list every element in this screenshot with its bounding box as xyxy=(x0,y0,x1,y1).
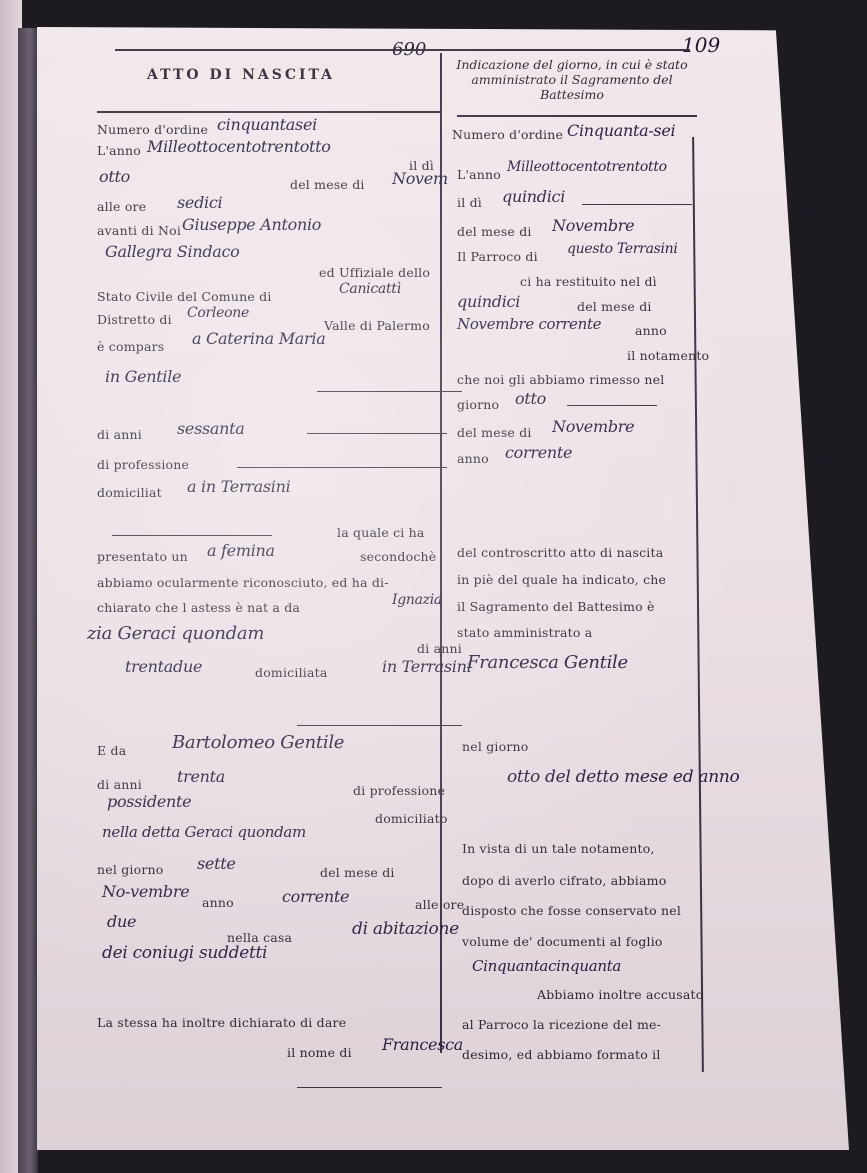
label-nel-giorno: nel giorno xyxy=(97,862,164,877)
header-top-rule xyxy=(115,49,690,51)
label-uffiziale: ed Uffiziale dello xyxy=(319,265,430,280)
label-anno: L'anno xyxy=(97,143,141,158)
header-right-bottom-rule xyxy=(457,115,697,117)
r-label-mese-3: del mese di xyxy=(457,425,532,440)
r-label-in-vista: In vista di un tale notamento, xyxy=(462,841,655,856)
r-label-sagramento: il Sagramento del Battesimo è xyxy=(457,599,655,614)
hand-padre: Bartolomeo Gentile xyxy=(172,732,344,753)
hand-mese-2: No-vembre xyxy=(102,882,189,901)
label-la-quale: la quale ci ha xyxy=(337,525,425,540)
r-label-mese: del mese di xyxy=(457,224,532,239)
r-label-restituito: ci ha restituito nel dì xyxy=(520,274,657,289)
r-label-nel-giorno: nel giorno xyxy=(462,739,529,754)
r-label-foglio: volume de' documenti al foglio xyxy=(462,934,663,949)
label-domiciliat-1: domiciliat xyxy=(97,485,162,500)
header-bottom-rule xyxy=(97,111,442,113)
hand-anno: Milleottocentotrentotto xyxy=(147,137,331,156)
hand-anni-2: trentadue xyxy=(125,657,202,676)
hand-numero-ordine: cinquantasei xyxy=(217,115,317,134)
hand-madre: a Caterina Maria xyxy=(192,329,325,348)
blank-line xyxy=(112,535,272,536)
blank-line xyxy=(582,204,692,205)
hand-padre-nome-2: zia Geraci quondam xyxy=(87,623,264,644)
hand-nel-giorno: sette xyxy=(197,854,236,873)
book-gutter xyxy=(18,28,38,1173)
blank-line xyxy=(307,433,447,434)
label-domiciliata: domiciliata xyxy=(255,665,328,680)
r-label-anno: L'anno xyxy=(457,167,501,182)
hand-anno-2: corrente xyxy=(282,887,349,906)
r-hand-giorno-2: quindici xyxy=(457,292,520,311)
label-anni-1: di anni xyxy=(97,427,142,442)
label-anni-2: di anni xyxy=(417,641,462,656)
hand-domicilio-3: nella detta Geraci quondam xyxy=(102,823,306,841)
r-hand-il-di: quindici xyxy=(502,187,565,206)
hand-madre-cognome: in Gentile xyxy=(105,367,181,386)
label-domiciliato: domiciliato xyxy=(375,811,448,826)
r-hand-anno-3: corrente xyxy=(505,443,572,462)
label-anno-2: anno xyxy=(202,895,234,910)
hand-anni-3: trenta xyxy=(177,767,225,786)
r-hand-mese-anno-2: Novembre corrente xyxy=(457,315,601,333)
label-valle: Valle di Palermo xyxy=(324,318,430,333)
label-avanti-di-noi: avanti di Noi xyxy=(97,223,181,238)
r-label-numero-ordine: Numero d'ordine xyxy=(452,127,563,142)
label-comune: Stato Civile del Comune di xyxy=(97,289,272,304)
r-label-anno-3: anno xyxy=(457,451,489,466)
label-mese: del mese di xyxy=(290,177,365,192)
r-hand-mese-3: Novembre xyxy=(552,417,634,436)
page-number: 109 xyxy=(682,33,720,57)
blank-line xyxy=(567,405,657,406)
r-hand-anno: Milleottocentotrentotto xyxy=(507,159,667,175)
hand-nome: Francesca xyxy=(382,1035,463,1054)
label-dichiarato-nome: La stessa ha inoltre dichiarato di dare xyxy=(97,1015,346,1030)
r-label-ricezione: al Parroco la ricezione del me- xyxy=(462,1017,661,1032)
hand-casa: di abitazione dei coniugi suddetti xyxy=(102,917,462,965)
label-mese-2: del mese di xyxy=(320,865,395,880)
right-column-header: Indicazione del giorno, in cui è stato a… xyxy=(447,57,697,102)
r-label-accusato: Abbiamo inoltre accusato xyxy=(537,987,704,1002)
r-label-controscritto: del controscritto atto di nascita xyxy=(457,545,663,560)
hand-professione-2: possidente xyxy=(107,792,191,811)
r-hand-foglio: Cinquantacinquanta xyxy=(472,957,621,975)
blank-line xyxy=(237,467,447,468)
label-secondoche: secondochè xyxy=(360,549,436,564)
r-label-giorno: giorno xyxy=(457,397,499,412)
r-label-disposto: disposto che fosse conservato nel xyxy=(462,903,681,918)
label-il-nome-di: il nome di xyxy=(287,1045,352,1060)
r-label-anno-2: anno xyxy=(635,323,667,338)
label-alle-ore-2: alle ore xyxy=(415,897,464,912)
blank-line xyxy=(297,725,462,726)
r-label-notamento: il notamento xyxy=(627,348,709,363)
label-riconosciuto: abbiamo ocularmente riconosciuto, ed ha … xyxy=(97,575,389,590)
column-divider xyxy=(440,53,442,1053)
r-label-formato: desimo, ed abbiamo formato il xyxy=(462,1047,661,1062)
r-label-parroco: Il Parroco di xyxy=(457,249,538,264)
label-compars: è compars xyxy=(97,339,164,354)
r-hand-mese: Novembre xyxy=(552,216,634,235)
r-hand-nel-giorno: otto del detto mese ed anno xyxy=(507,767,739,787)
blank-line xyxy=(297,1087,442,1088)
r-label-il-di: il dì xyxy=(457,195,482,210)
label-professione-2: di professione xyxy=(353,783,445,798)
blank-line xyxy=(317,391,462,392)
hand-sesso: a femina xyxy=(207,541,275,560)
register-number: 690 xyxy=(392,39,426,60)
hand-sindaco-name: Giuseppe Antonio xyxy=(182,215,321,234)
r-label-in-pie: in piè del quale ha indicato, che xyxy=(457,572,666,587)
r-hand-parroco: questo Terrasini xyxy=(567,241,678,257)
label-il-di: il dì xyxy=(409,158,434,173)
r-hand-giorno: otto xyxy=(515,389,546,408)
r-label-rimesso: che noi gli abbiamo rimesso nel xyxy=(457,372,664,387)
document-title: ATTO DI NASCITA xyxy=(147,67,335,83)
label-anni-3: di anni xyxy=(97,777,142,792)
hand-comune: Canicattì xyxy=(339,281,401,297)
hand-sindaco-title: Gallegra Sindaco xyxy=(105,242,240,261)
label-dichiarato: chiarato che l astess è nat a da xyxy=(97,600,300,615)
label-presentato: presentato un xyxy=(97,549,188,564)
hand-padre-nome-1: Ignazia xyxy=(392,592,442,608)
label-alle-ore: alle ore xyxy=(97,199,146,214)
hand-ore: sedici xyxy=(177,193,222,212)
hand-mese: Novem xyxy=(392,169,448,188)
r-label-mese-2: del mese di xyxy=(577,299,652,314)
hand-domicilio-2: in Terrasini xyxy=(382,657,471,676)
r-label-amministrato: stato amministrato a xyxy=(457,625,592,640)
label-e-da: E da xyxy=(97,743,126,758)
r-hand-numero-ordine: Cinquanta-sei xyxy=(567,121,675,140)
label-nella-casa: nella casa xyxy=(227,930,292,945)
hand-domicilio-1: a in Terrasini xyxy=(187,477,290,496)
register-page: 690 109 ATTO DI NASCITA Indicazione del … xyxy=(37,27,849,1150)
r-label-cifrato: dopo di averlo cifrato, abbiamo xyxy=(462,873,666,888)
hand-distretto: Corleone xyxy=(187,305,249,321)
label-professione-1: di professione xyxy=(97,457,189,472)
hand-anni-1: sessanta xyxy=(177,419,245,438)
hand-giorno: otto xyxy=(99,167,130,186)
r-hand-battezzato: Francesca Gentile xyxy=(467,652,628,673)
label-distretto: Distretto di xyxy=(97,312,172,327)
right-margin-rule xyxy=(692,137,703,1072)
hand-ore-2: due xyxy=(107,912,136,931)
label-numero-ordine: Numero d'ordine xyxy=(97,122,208,137)
